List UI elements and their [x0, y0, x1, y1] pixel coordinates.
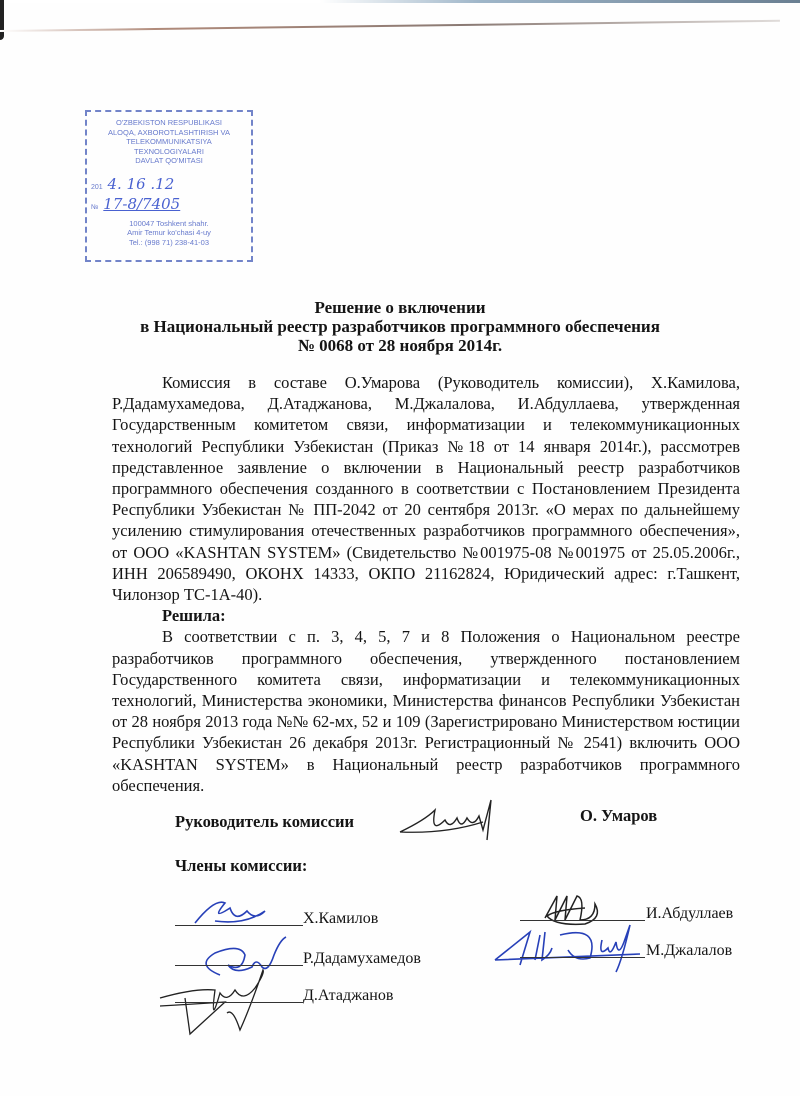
stamp-org-line: TEXNOLOGIYALARI	[91, 147, 247, 157]
stamp-org-line: TELEKOMMUNIKATSIYA	[91, 137, 247, 147]
scan-corner-shadow	[0, 0, 4, 40]
resolved-heading: Решила:	[112, 605, 740, 626]
member-name-dadamukhamedov: Р.Дадамухамедов	[303, 950, 421, 968]
document-title-line-2: в Национальный реестр разработчиков прог…	[0, 317, 800, 337]
signature-line	[520, 957, 645, 958]
stamp-org-line: O'ZBEKISTON RESPUBLIKASI	[91, 118, 247, 128]
chair-name: О. Умаров	[580, 806, 657, 826]
registration-stamp: O'ZBEKISTON RESPUBLIKASI ALOQA, AXBOROTL…	[85, 110, 253, 262]
member-signature	[185, 893, 285, 933]
member-name-dzhalalov: М.Джалалов	[646, 942, 732, 960]
paper-fold-line	[0, 20, 780, 32]
document-body: Комиссия в составе О.Умарова (Руководите…	[112, 372, 740, 796]
commission-paragraph: Комиссия в составе О.Умарова (Руководите…	[112, 372, 740, 605]
chair-label: Руководитель комиссии	[175, 812, 354, 832]
document-title-line-3: № 0068 от 28 ноября 2014г.	[0, 336, 800, 356]
document-title-line-1: Решение о включении	[0, 298, 800, 318]
stamp-org-line: DAVLAT QO'MITASI	[91, 156, 247, 166]
scan-top-edge	[0, 0, 800, 3]
stamp-date: 201 4. 16 .12	[91, 176, 247, 196]
member-signature	[155, 968, 285, 1038]
stamp-address: 100047 Toshkent shahr. Amir Temur ko'cha…	[91, 219, 247, 248]
member-name-atadzhanov: Д.Атаджанов	[303, 987, 393, 1005]
decision-paragraph: В соответствии с п. 3, 4, 5, 7 и 8 Полож…	[112, 626, 740, 796]
members-label: Члены комиссии:	[175, 856, 307, 876]
signature-line	[175, 1002, 303, 1003]
stamp-org-line: ALOQA, AXBOROTLASHTIRISH VA	[91, 128, 247, 138]
scanned-document-page: O'ZBEKISTON RESPUBLIKASI ALOQA, AXBOROTL…	[0, 0, 800, 1096]
signature-line	[175, 965, 303, 966]
member-name-kamilov: Х.Камилов	[303, 910, 378, 928]
stamp-number: № 17-8/7405	[91, 196, 247, 216]
signature-line	[175, 925, 303, 926]
member-signature	[490, 920, 650, 970]
chair-signature	[395, 790, 505, 850]
member-name-abdullaev: И.Абдуллаев	[646, 905, 733, 923]
